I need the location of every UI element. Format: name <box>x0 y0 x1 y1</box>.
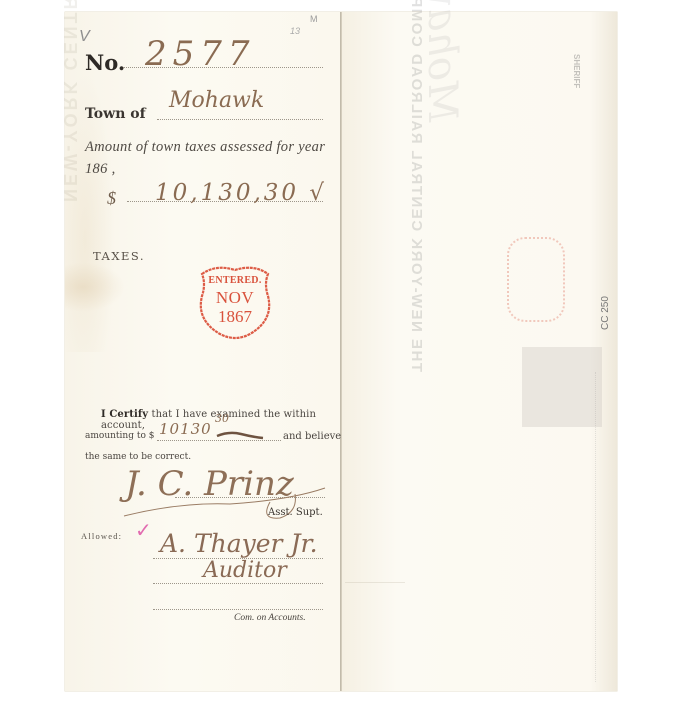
allowed-check-icon: ✓ <box>135 518 152 543</box>
signature-line <box>153 582 323 584</box>
amounting-cents: 30 <box>215 412 229 425</box>
certify-lead: I Certify <box>101 409 148 420</box>
reverse-gray-patch <box>522 347 602 427</box>
amounting-value: 10130 <box>159 420 212 438</box>
town-label: Town of <box>85 106 146 122</box>
fold-crease <box>340 12 342 691</box>
allowed-label: Allowed: <box>81 531 122 541</box>
reverse-handwritten-note: CC 250 <box>600 296 611 330</box>
pen-flourish-icon <box>215 430 265 440</box>
stamp-line-1: ENTERED. <box>194 275 276 286</box>
stamp-line-2: NOV <box>194 288 276 308</box>
reverse-dotted-line <box>595 372 596 682</box>
town-value: Mohawk <box>169 88 264 113</box>
reverse-tag: SHERIFF <box>572 54 581 88</box>
amount-description: Amount of town taxes assessed for year 1… <box>85 136 330 180</box>
assistant-superintendent-title: Asst. Supt. <box>268 507 323 518</box>
reverse-handwriting: Mohawk <box>419 0 465 122</box>
reverse-printed-title: THE NEW-YORK CENTRAL RAILROAD COMPANY, T… <box>408 0 425 372</box>
reverse-rule <box>345 582 405 583</box>
stamp-line-3: 1867 <box>194 307 276 327</box>
committee-signature-line <box>153 608 323 610</box>
believe-label: and believe <box>283 431 341 442</box>
auditor-title: Auditor <box>203 558 287 583</box>
dollar-sign: $ <box>107 188 116 209</box>
number-value: 2577 <box>145 34 256 74</box>
correct-label: the same to be correct. <box>85 452 191 462</box>
section-label: TAXES. <box>93 249 145 263</box>
signature-auditor: A. Thayer Jr. <box>160 529 318 558</box>
committee-label: Com. on Accounts. <box>234 613 306 623</box>
check-mark: V <box>79 28 90 46</box>
corner-note: 13 <box>290 26 300 36</box>
amount-value: 10,130,30 √ <box>155 180 327 206</box>
document-sheet: NEW-YORK CENTRAL RAILROAD CO. V M 13 No.… <box>65 12 617 691</box>
amounting-label: amounting to $ <box>85 431 154 441</box>
number-label: No. <box>85 50 125 75</box>
bleed-through-text: NEW-YORK CENTRAL RAILROAD CO. <box>59 0 80 202</box>
reverse-stamp-bleed <box>507 237 565 322</box>
corner-note: M <box>310 14 318 24</box>
entered-stamp: ENTERED. NOV 1867 <box>194 262 276 342</box>
